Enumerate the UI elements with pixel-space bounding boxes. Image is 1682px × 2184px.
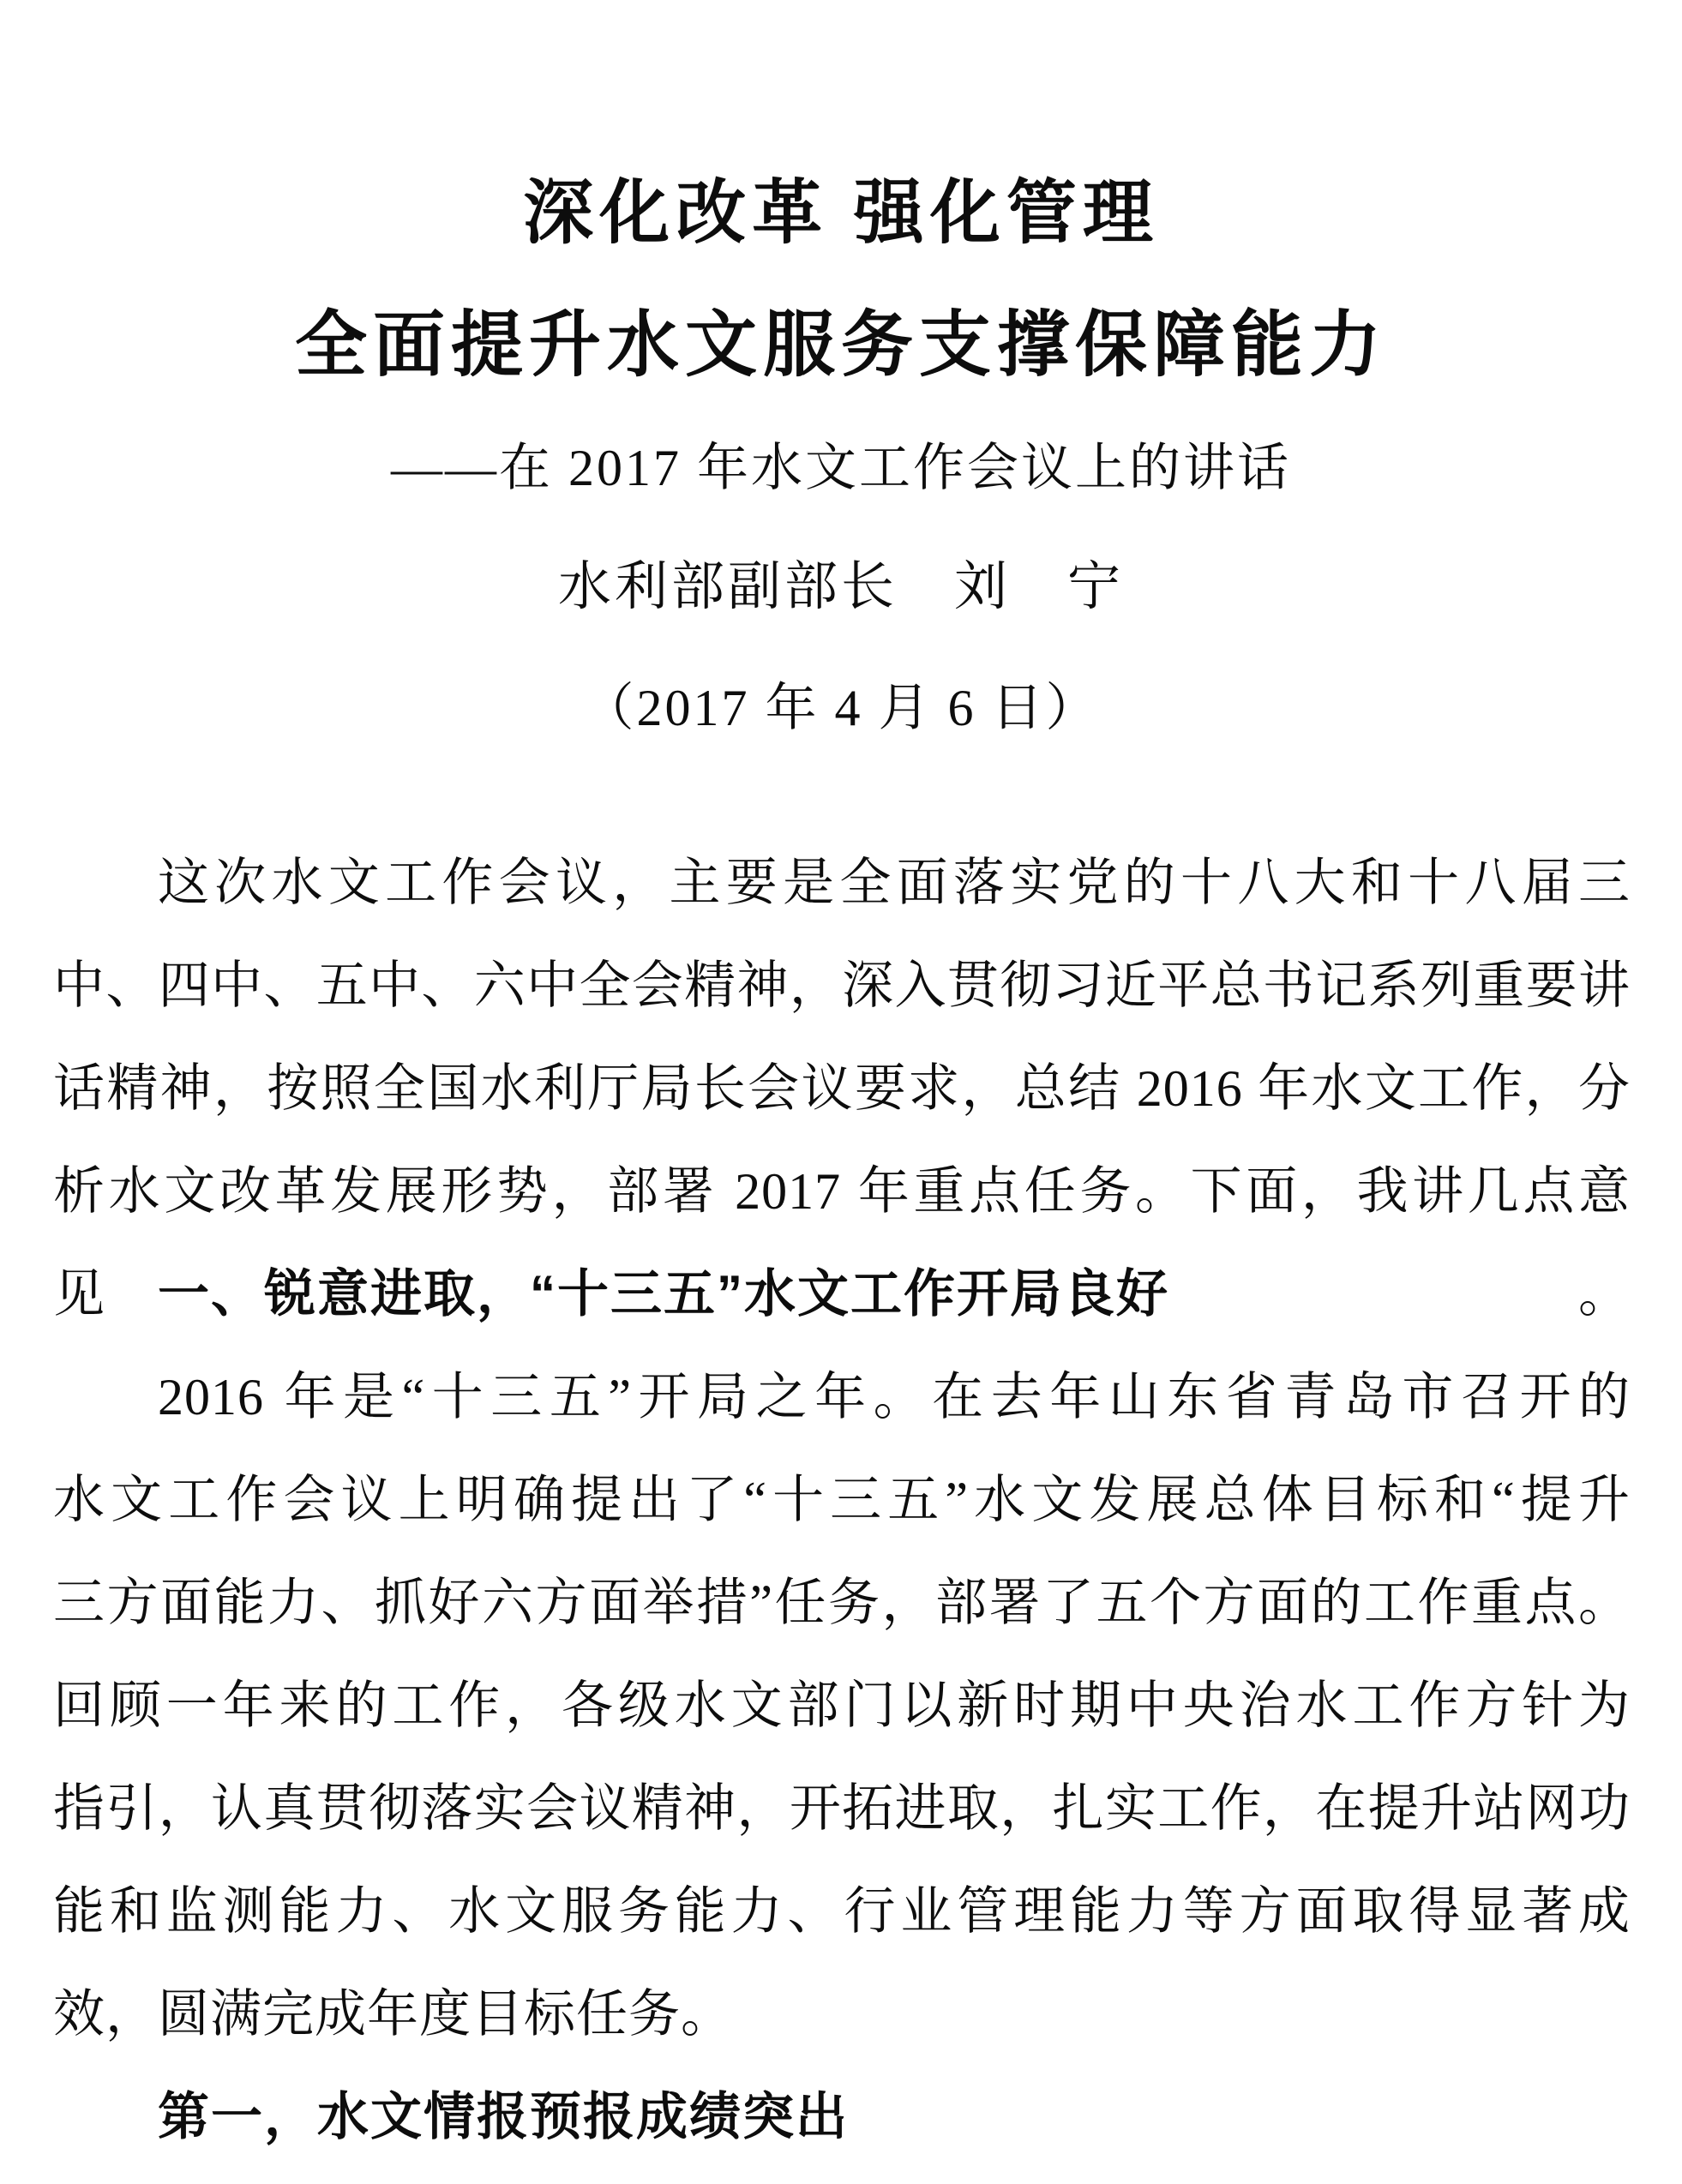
body-line: 指引，认真贯彻落实会议精神，开拓进取，扎实工作，在提升站网功 (53, 1757, 1631, 1860)
body-line: 中、四中、五中、六中全会精神，深入贯彻习近平总书记系列重要讲 (53, 934, 1631, 1037)
document-subtitle: ——在 2017 年水文工作会议上的讲话 (0, 442, 1682, 494)
body-line: 能和监测能力、水文服务能力、行业管理能力等方面取得显著成 (53, 1860, 1631, 1963)
body-line: 水文工作会议上明确提出了“十三五”水文发展总体目标和“提升 (53, 1449, 1631, 1551)
body-line: 效，圆满完成年度目标任务。 (53, 1963, 1631, 2066)
date-line: （2017 年 4 月 6 日） (0, 682, 1682, 734)
document-title-line-2: 全面提升水文服务支撑保障能力 (0, 309, 1682, 381)
document-page: 深化改革 强化管理 全面提升水文服务支撑保障能力 ——在 2017 年水文工作会… (0, 0, 1682, 2184)
body-line: 话精神，按照全国水利厅局长会议要求，总结 2016 年水文工作，分 (53, 1037, 1631, 1140)
section-heading: 第一，水文情报预报成绩突出 (53, 2066, 1631, 2169)
body-line: 2016 年是“十三五”开局之年。在去年山东省青岛市召开的 (53, 1346, 1631, 1449)
author-line: 水利部副部长 刘 宁 (0, 561, 1682, 614)
body-line: 析水文改革发展形势，部署 2017 年重点任务。下面，我讲几点意见。 (53, 1140, 1631, 1243)
document-title-line-1: 深化改革 强化管理 (0, 0, 1682, 249)
body-line: 这次水文工作会议，主要是全面落实党的十八大和十八届三 (53, 831, 1631, 934)
body-line: 三方面能力、抓好六方面举措”任务，部署了五个方面的工作重点。 (53, 1551, 1631, 1654)
body-line: 回顾一年来的工作，各级水文部门以新时期中央治水工作方针为 (53, 1654, 1631, 1757)
document-body: 这次水文工作会议，主要是全面落实党的十八大和十八届三 中、四中、五中、六中全会精… (0, 831, 1682, 2169)
document-header: 深化改革 强化管理 全面提升水文服务支撑保障能力 ——在 2017 年水文工作会… (0, 0, 1682, 734)
